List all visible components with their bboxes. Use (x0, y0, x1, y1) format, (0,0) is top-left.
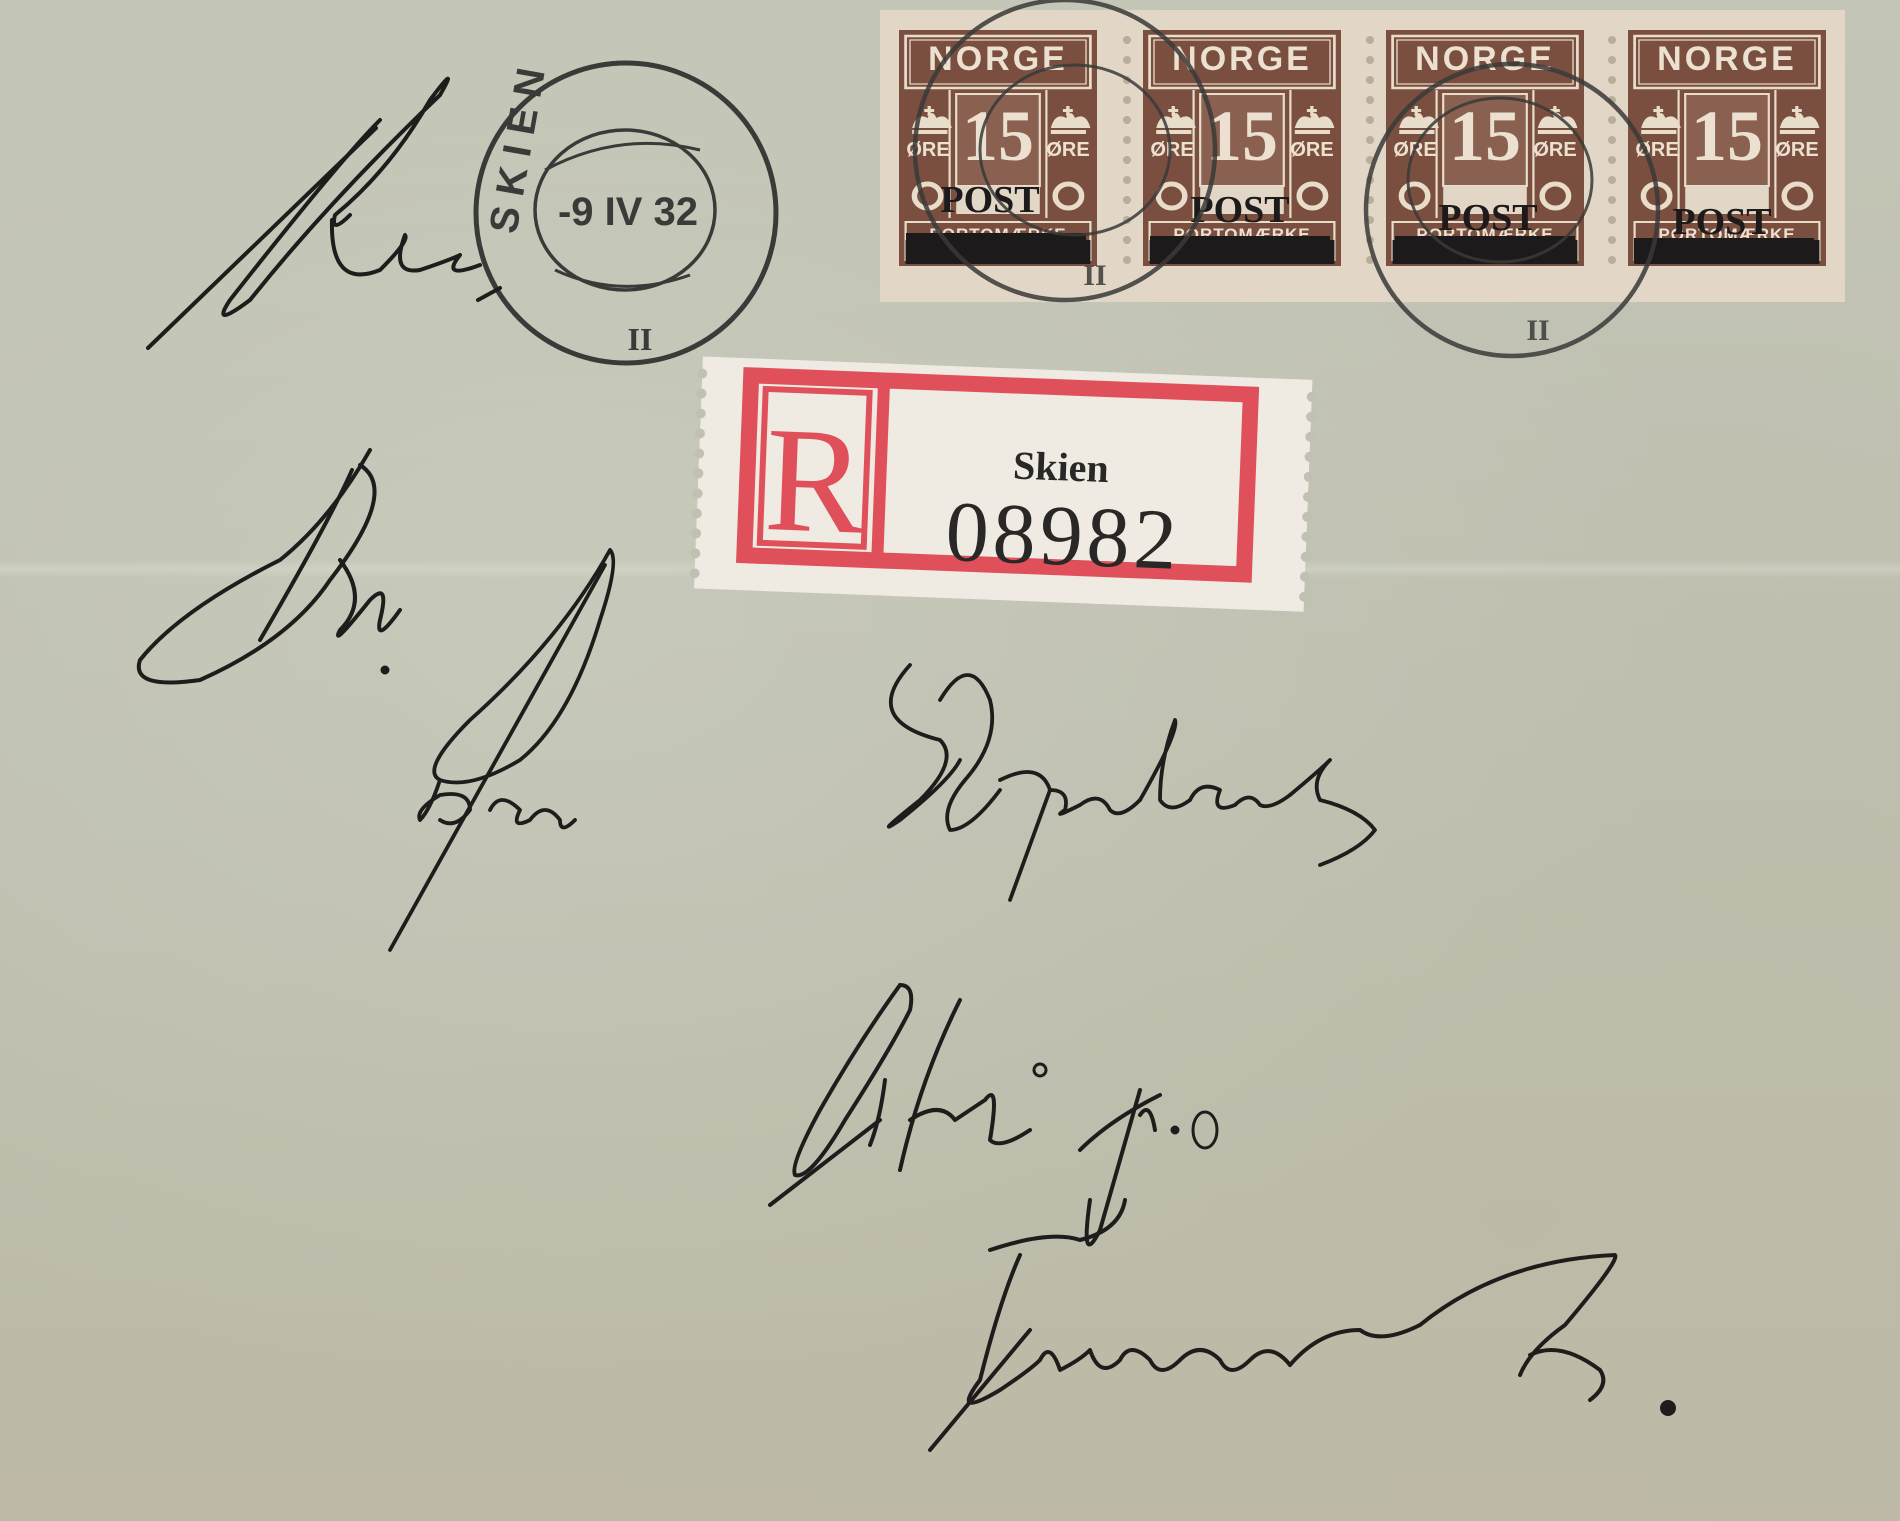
handwriting-jon (390, 550, 613, 950)
handwriting-rec (148, 79, 500, 348)
registration-number: 08982 (944, 483, 1183, 588)
stamp-value: 15 (1691, 96, 1763, 176)
handwriting-espeland (889, 665, 1375, 900)
handwriting-atra (770, 985, 1217, 1245)
stamp-country: NORGE (1415, 40, 1555, 78)
stamp-currency: ØRE (1150, 139, 1193, 161)
stamp-value: 15 (1206, 96, 1278, 176)
handwriting-hr (139, 450, 400, 683)
stamp-currency: ØRE (1775, 139, 1818, 161)
stamp-overprint: POST (1190, 189, 1289, 231)
registration-label: R Skien 08982 (689, 356, 1317, 612)
envelope-artwork: NORGE NORGE NORGE NORGE 15 15 15 15 ØRE … (0, 0, 1900, 1521)
registration-town: Skien (1012, 443, 1109, 492)
postmark-office: II (628, 321, 653, 357)
stamp-value: 15 (1449, 96, 1521, 176)
postmark-date: -9 IV 32 (558, 190, 698, 234)
stamp-currency: ØRE (1533, 139, 1576, 161)
handwriting-telemark (930, 1200, 1674, 1450)
stamp-country: NORGE (1657, 40, 1797, 78)
postmark-town: S K I E N (482, 65, 554, 237)
registration-letter: R (762, 396, 868, 566)
postmark-office: II (1083, 259, 1106, 292)
stamp-overprint: POST (1672, 201, 1771, 243)
stamp-currency: ØRE (1290, 139, 1333, 161)
stamp-overprint: POST (1438, 197, 1537, 239)
stamp-country: NORGE (928, 40, 1068, 78)
stamp-currency: ØRE (1046, 139, 1089, 161)
postmark-office: II (1526, 314, 1549, 347)
envelope: NORGE NORGE NORGE NORGE 15 15 15 15 ØRE … (0, 0, 1900, 1521)
postmark-1: S K I E N -9 IV 32 II (476, 63, 776, 363)
stamp-value: 15 (962, 96, 1034, 176)
